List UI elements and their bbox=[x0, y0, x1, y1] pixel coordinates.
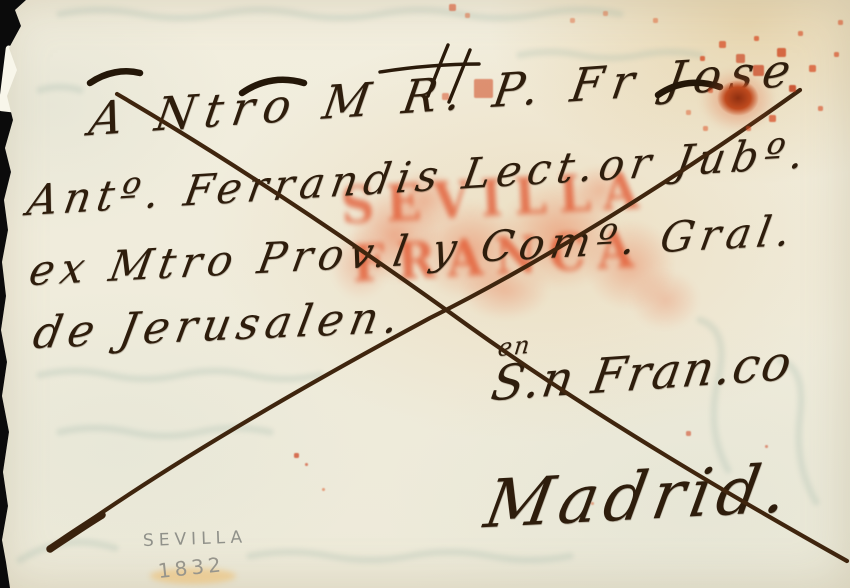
red-ink-blob bbox=[717, 80, 759, 116]
photo-of-postal-cover: SEVILLA FRANCA A Ntro M R. P. Fr Jose An… bbox=[0, 0, 850, 588]
pencil-annotation-place: SEVILLA bbox=[143, 527, 248, 551]
red-ink-smudge bbox=[630, 270, 700, 330]
red-ink-spatter bbox=[0, 0, 1, 1]
